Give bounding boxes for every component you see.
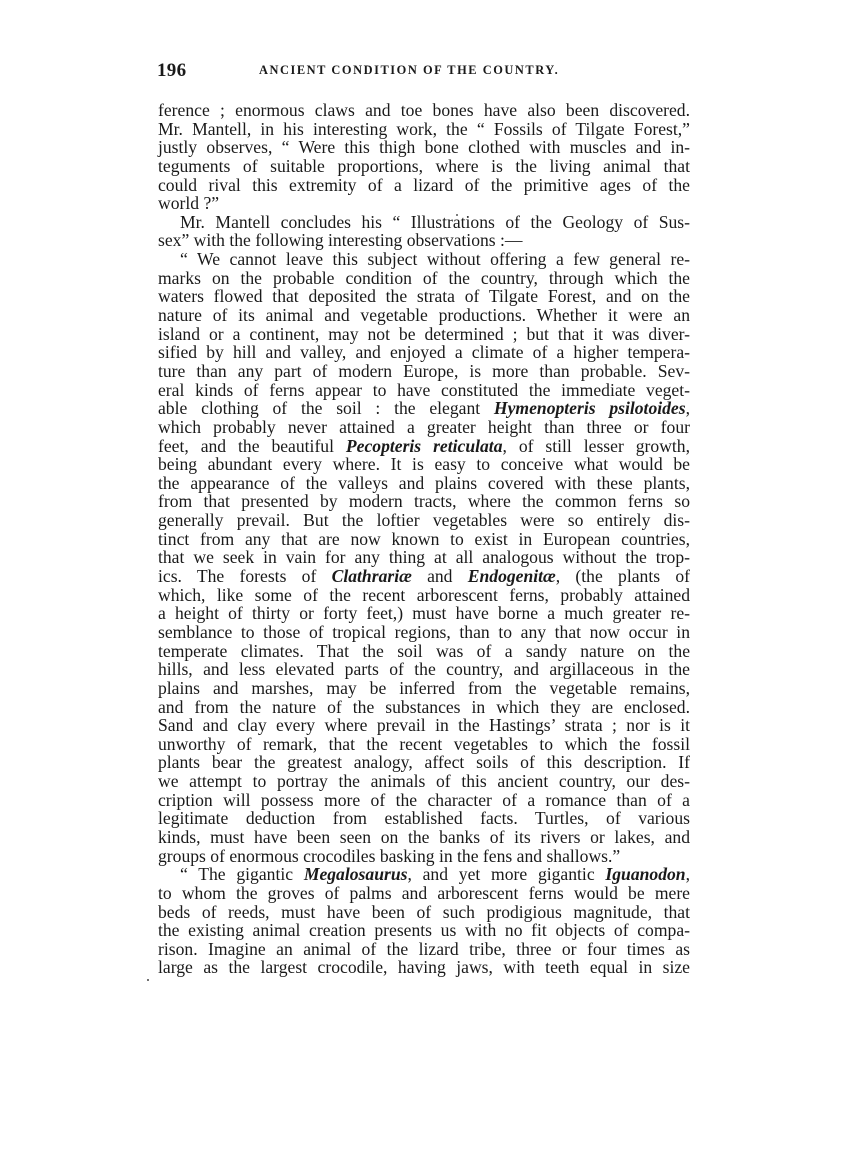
text-line: island or a continent, may not be determ… [158,325,690,344]
italic-term: Megalosaurus [304,864,408,884]
text-line: sified by hill and valley, and enjoyed a… [158,343,690,362]
text-line: able clothing of the soil : the elegant … [158,399,690,418]
text-run: we attempt to portray the animals of thi… [158,771,690,791]
text-line: feet, and the beautiful Pecopteris retic… [158,437,690,456]
text-line: ture than any part of modern Europe, is … [158,362,690,381]
text-run: , [686,398,690,418]
text-run: , and yet more gigantic [407,864,605,884]
text-line: rison. Imagine an animal of the lizard t… [158,940,690,959]
text-line: world ?” [158,194,690,213]
text-run: “ The gigantic [180,864,304,884]
text-run: waters flowed that deposited the strata … [158,286,690,306]
running-head: ANCIENT CONDITION OF THE COUNTRY. [259,63,545,78]
text-run: the appearance of the valleys and plains… [158,473,690,493]
text-line: eral kinds of ferns appear to have const… [158,381,690,400]
page-number: 196 [157,60,186,82]
text-run: which, like some of the recent arboresce… [158,585,690,605]
text-run: Mr. Mantell, in his interesting work, th… [158,119,690,139]
text-run: marks on the probable condition of the c… [158,268,690,288]
text-line: and from the nature of the substances in… [158,698,690,717]
text-run: sex” with the following interesting obse… [158,230,523,250]
text-run: sified by hill and valley, and enjoyed a… [158,342,690,362]
text-line: justly observes, “ Were this thigh bone … [158,138,690,157]
text-run: that we seek in vain for any thing at al… [158,547,690,567]
text-run: temperate climates. That the soil was of… [158,641,690,661]
body-text: ference ; enormous claws and toe bones h… [158,101,690,977]
text-line: teguments of suitable proportions, where… [158,157,690,176]
text-line: kinds, must have been seen on the banks … [158,828,690,847]
text-line: the existing animal creation presents us… [158,921,690,940]
book-page: 196 ANCIENT CONDITION OF THE COUNTRY. fe… [0,0,850,1150]
italic-term: Endogenitæ [468,566,556,586]
text-run: which probably never attained a greater … [158,417,690,437]
text-line: plains and marshes, may be inferred from… [158,679,690,698]
text-run: to whom the groves of palms and arboresc… [158,883,690,903]
text-run: , of still lesser growth, [503,436,690,456]
text-line: could rival this extremity of a lizard o… [158,176,690,195]
text-run: , (the plants of [556,566,690,586]
text-run: generally prevail. But the loftier veget… [158,510,690,530]
text-line: “ We cannot leave this subject without o… [158,250,690,269]
text-run: ture than any part of modern Europe, is … [158,361,690,381]
text-run: Sand and clay every where prevail in the… [158,715,690,735]
text-line: cription will possess more of the charac… [158,791,690,810]
text-line: which, like some of the recent arboresce… [158,586,690,605]
text-line: from that presented by modern tracts, wh… [158,492,690,511]
text-run: plants bear the greatest analogy, affect… [158,752,690,772]
text-line: semblance to those of tropical regions, … [158,623,690,642]
text-run: eral kinds of ferns appear to have const… [158,380,690,400]
text-run: ference ; enormous claws and toe bones h… [158,100,690,120]
text-line: legitimate deduction from established fa… [158,809,690,828]
text-run: justly observes, “ Were this thigh bone … [158,137,690,157]
text-run: , [686,864,690,884]
italic-term: Iguanodon [605,864,685,884]
text-run: kinds, must have been seen on the banks … [158,827,690,847]
text-run: groups of enormous crocodiles basking in… [158,846,620,866]
text-run: being abundant every where. It is easy t… [158,454,690,474]
text-line: that we seek in vain for any thing at al… [158,548,690,567]
text-line: unworthy of remark, that the recent vege… [158,735,690,754]
text-line: Sand and clay every where prevail in the… [158,716,690,735]
text-run: tinct from any that are now known to exi… [158,529,690,549]
text-line: Mr. Mantell, in his interesting work, th… [158,120,690,139]
text-line: plants bear the greatest analogy, affect… [158,753,690,772]
italic-term: Clathrariæ [332,566,412,586]
text-run: ics. The forests of [158,566,332,586]
text-run: unworthy of remark, that the recent vege… [158,734,690,754]
text-run: beds of reeds, must have been of such pr… [158,902,690,922]
text-run: hills, and less elevated parts of the co… [158,659,690,679]
text-run: could rival this extremity of a lizard o… [158,175,690,195]
text-run: nature of its animal and vegetable produ… [158,305,690,325]
text-line: marks on the probable condition of the c… [158,269,690,288]
text-line: large as the largest crocodile, having j… [158,958,690,977]
text-line: ference ; enormous claws and toe bones h… [158,101,690,120]
text-line: Mr. Mantell concludes his “ Illustration… [158,213,690,232]
text-line: being abundant every where. It is easy t… [158,455,690,474]
text-run: rison. Imagine an animal of the lizard t… [158,939,690,959]
italic-term: Hymenopteris psilotoides [494,398,686,418]
scan-artifact [147,979,149,981]
text-line: waters flowed that deposited the strata … [158,287,690,306]
text-run: teguments of suitable proportions, where… [158,156,690,176]
text-line: a height of thirty or forty feet,) must … [158,604,690,623]
text-run: and [412,566,468,586]
text-run: and from the nature of the substances in… [158,697,690,717]
text-line: nature of its animal and vegetable produ… [158,306,690,325]
text-run: cription will possess more of the charac… [158,790,690,810]
text-line: generally prevail. But the loftier veget… [158,511,690,530]
text-line: ics. The forests of Clathrariæ and Endog… [158,567,690,586]
text-line: “ The gigantic Megalosaurus, and yet mor… [158,865,690,884]
text-line: which probably never attained a greater … [158,418,690,437]
text-run: a height of thirty or forty feet,) must … [158,603,690,623]
text-run: the existing animal creation presents us… [158,920,690,940]
text-line: the appearance of the valleys and plains… [158,474,690,493]
text-line: temperate climates. That the soil was of… [158,642,690,661]
text-line: we attempt to portray the animals of thi… [158,772,690,791]
text-run: semblance to those of tropical regions, … [158,622,690,642]
italic-term: Pecopteris reticulata [346,436,503,456]
text-run: plains and marshes, may be inferred from… [158,678,690,698]
text-run: world ?” [158,193,219,213]
text-line: to whom the groves of palms and arboresc… [158,884,690,903]
text-run: feet, and the beautiful [158,436,346,456]
text-run: Mr. Mantell concludes his “ Illustration… [180,212,690,232]
text-line: groups of enormous crocodiles basking in… [158,847,690,866]
text-line: hills, and less elevated parts of the co… [158,660,690,679]
text-run: “ We cannot leave this subject without o… [180,249,690,269]
text-line: beds of reeds, must have been of such pr… [158,903,690,922]
text-run: island or a continent, may not be determ… [158,324,690,344]
text-line: tinct from any that are now known to exi… [158,530,690,549]
scan-artifact [456,214,458,216]
text-run: legitimate deduction from established fa… [158,808,690,828]
text-run: able clothing of the soil : the elegant [158,398,494,418]
text-run: from that presented by modern tracts, wh… [158,491,690,511]
text-run: large as the largest crocodile, having j… [158,957,690,977]
text-line: sex” with the following interesting obse… [158,231,690,250]
